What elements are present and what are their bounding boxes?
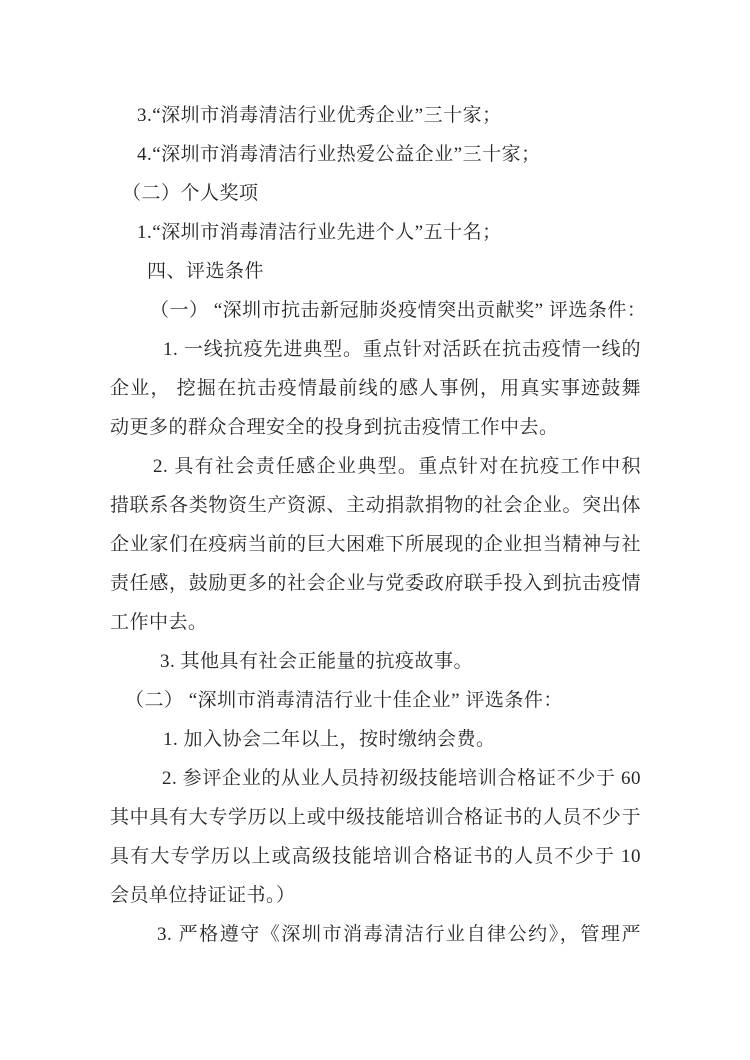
para-self-discipline-line-1: 3. 严格遵守《深圳市消毒清洁行业自律公约》，管理严格，两 (157, 915, 641, 954)
para-social-responsibility-line-3: 企业家们在疫病当前的巨大困难下所展现的企业担当精神与社会 (110, 525, 641, 564)
para-frontline-typical-line-3: 动更多的群众合理安全的投身到抗击疫情工作中去。 (110, 408, 641, 447)
para-frontline-typical-line-1: 1. 一线抗疫先进典型。重点针对活跃在抗击疫情一线的会员 (163, 330, 641, 369)
list-item-advanced-individuals: 1.“深圳市消毒清洁行业先进个人”五十名； (137, 213, 641, 252)
heading-selection-criteria: 四、评选条件 (147, 252, 641, 291)
heading-top10-enterprise-criteria: （二） “深圳市消毒清洁行业十佳企业” 评选条件： (125, 681, 641, 720)
para-certification-requirement-line-1: 2. 参评企业的从业人员持初级技能培训合格证不少于 60 名， (162, 759, 641, 798)
para-certification-requirement-line-4: 会员单位持证证书。） (110, 876, 641, 915)
document-page: 3.“深圳市消毒清洁行业优秀企业”三十家； 4.“深圳市消毒清洁行业热爱公益企业… (0, 0, 750, 1060)
document-text-block: 3.“深圳市消毒清洁行业优秀企业”三十家； 4.“深圳市消毒清洁行业热爱公益企业… (110, 96, 641, 954)
para-positive-stories: 3. 其他具有社会正能量的抗疫故事。 (160, 642, 641, 681)
list-item-excellent-enterprises: 3.“深圳市消毒清洁行业优秀企业”三十家； (137, 96, 641, 135)
para-membership-requirement: 1. 加入协会二年以上，按时缴纳会费。 (163, 720, 641, 759)
para-certification-requirement-line-3: 具有大专学历以上或高级技能培训合格证书的人员不少于 10 名。（查 (110, 837, 641, 876)
para-social-responsibility-line-2: 措联系各类物资生产资源、主动捐款捐物的社会企业。突出体现 (110, 486, 641, 525)
heading-covid-award-criteria: （一） “深圳市抗击新冠肺炎疫情突出贡献奖” 评选条件： (150, 291, 641, 330)
para-frontline-typical-line-2: 企业， 挖掘在抗击疫情最前线的感人事例，用真实事迹鼓舞和带 (110, 369, 641, 408)
heading-individual-awards: （二）个人奖项 (122, 174, 641, 213)
para-social-responsibility-line-1: 2. 具有社会责任感企业典型。重点针对在抗疫工作中积极筹 (153, 447, 641, 486)
para-social-responsibility-line-5: 工作中去。 (110, 603, 641, 642)
list-item-public-welfare-enterprises: 4.“深圳市消毒清洁行业热爱公益企业”三十家； (137, 135, 641, 174)
para-social-responsibility-line-4: 责任感，鼓励更多的社会企业与党委政府联手投入到抗击疫情的 (110, 564, 641, 603)
para-certification-requirement-line-2: 其中具有大专学历以上或中级技能培训合格证书的人员不少于 10 名。 (110, 798, 641, 837)
